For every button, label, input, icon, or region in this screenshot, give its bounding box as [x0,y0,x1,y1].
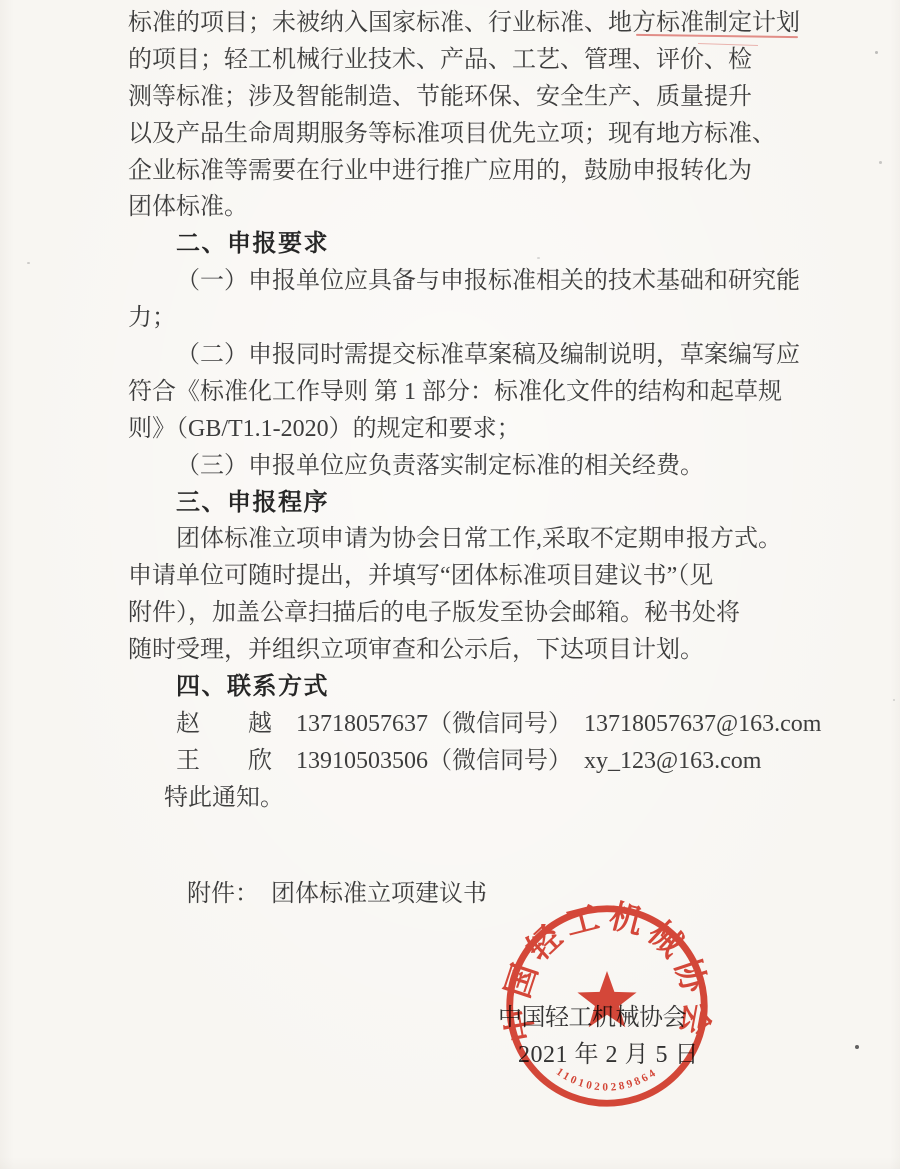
text-line: 测等标准；涉及智能制造、节能环保、安全生产、质量提升 [128,79,900,116]
seal-serial-number: 1101020289864 [554,1066,660,1094]
text-line: 团体标准。 [128,189,900,226]
text-line: 二、申报要求 [128,226,900,263]
text-line: 以及产品生命周期服务等标准项目优先立项；现有地方标准、 [128,116,900,153]
scan-speck [879,161,882,164]
text-line: 申请单位可随时提出，并填写“团体标准项目建议书”（见 [128,558,900,595]
text-line: 力； [128,300,900,337]
text-line: （一）申报单位应具备与申报标准相关的技术基础和研究能 [128,263,900,300]
text-line: 随时受理，并组织立项审查和公示后，下达项目计划。 [128,632,900,669]
attachment-label: 附件： [187,881,259,907]
text-line: 四、联系方式 [128,669,900,706]
text-line: （二）申报同时需提交标准草案稿及编制说明，草案编写应 [128,337,900,374]
scan-speck [537,257,540,259]
scanned-notice-page: 标准的项目；未被纳入国家标准、行业标准、地方标准制定计划的项目；轻工机械行业技术… [0,0,900,1169]
text-line: 团体标准立项申请为协会日常工作,采取不定期申报方式。 [128,521,900,558]
text-line: 赵 越 13718057637（微信同号） 13718057637@163.co… [128,706,900,743]
official-seal: 中国轻工机械协会 1101020289864 [500,899,714,1113]
text-line: 符合《标准化工作导则 第 1 部分：标准化文件的结构和起草规 [128,374,900,411]
body-text-block: 标准的项目；未被纳入国家标准、行业标准、地方标准制定计划的项目；轻工机械行业技术… [0,5,900,817]
attachment-line: 附件：团体标准立项建议书 [163,846,487,935]
seal-star-icon [577,971,636,1027]
text-line: 王 欣 13910503506（微信同号） xy_123@163.com [128,743,900,780]
scan-speck [893,699,895,701]
scan-speck [875,51,878,54]
scan-speck [27,262,30,264]
scan-speck [855,1045,859,1049]
text-line: 企业标准等需要在行业中进行推广应用的，鼓励申报转化为 [128,153,900,190]
text-line: 三、申报程序 [128,485,900,522]
text-line: 特此通知。 [128,780,900,817]
attachment-title: 团体标准立项建议书 [271,881,487,907]
text-line: 则》（GB/T1.1-2020）的规定和要求； [128,411,900,448]
text-line: 的项目；轻工机械行业技术、产品、工艺、管理、评价、检 [128,42,900,79]
text-line: 附件），加盖公章扫描后的电子版发至协会邮箱。秘书处将 [128,595,900,632]
text-line: （三）申报单位应负责落实制定标准的相关经费。 [128,448,900,485]
